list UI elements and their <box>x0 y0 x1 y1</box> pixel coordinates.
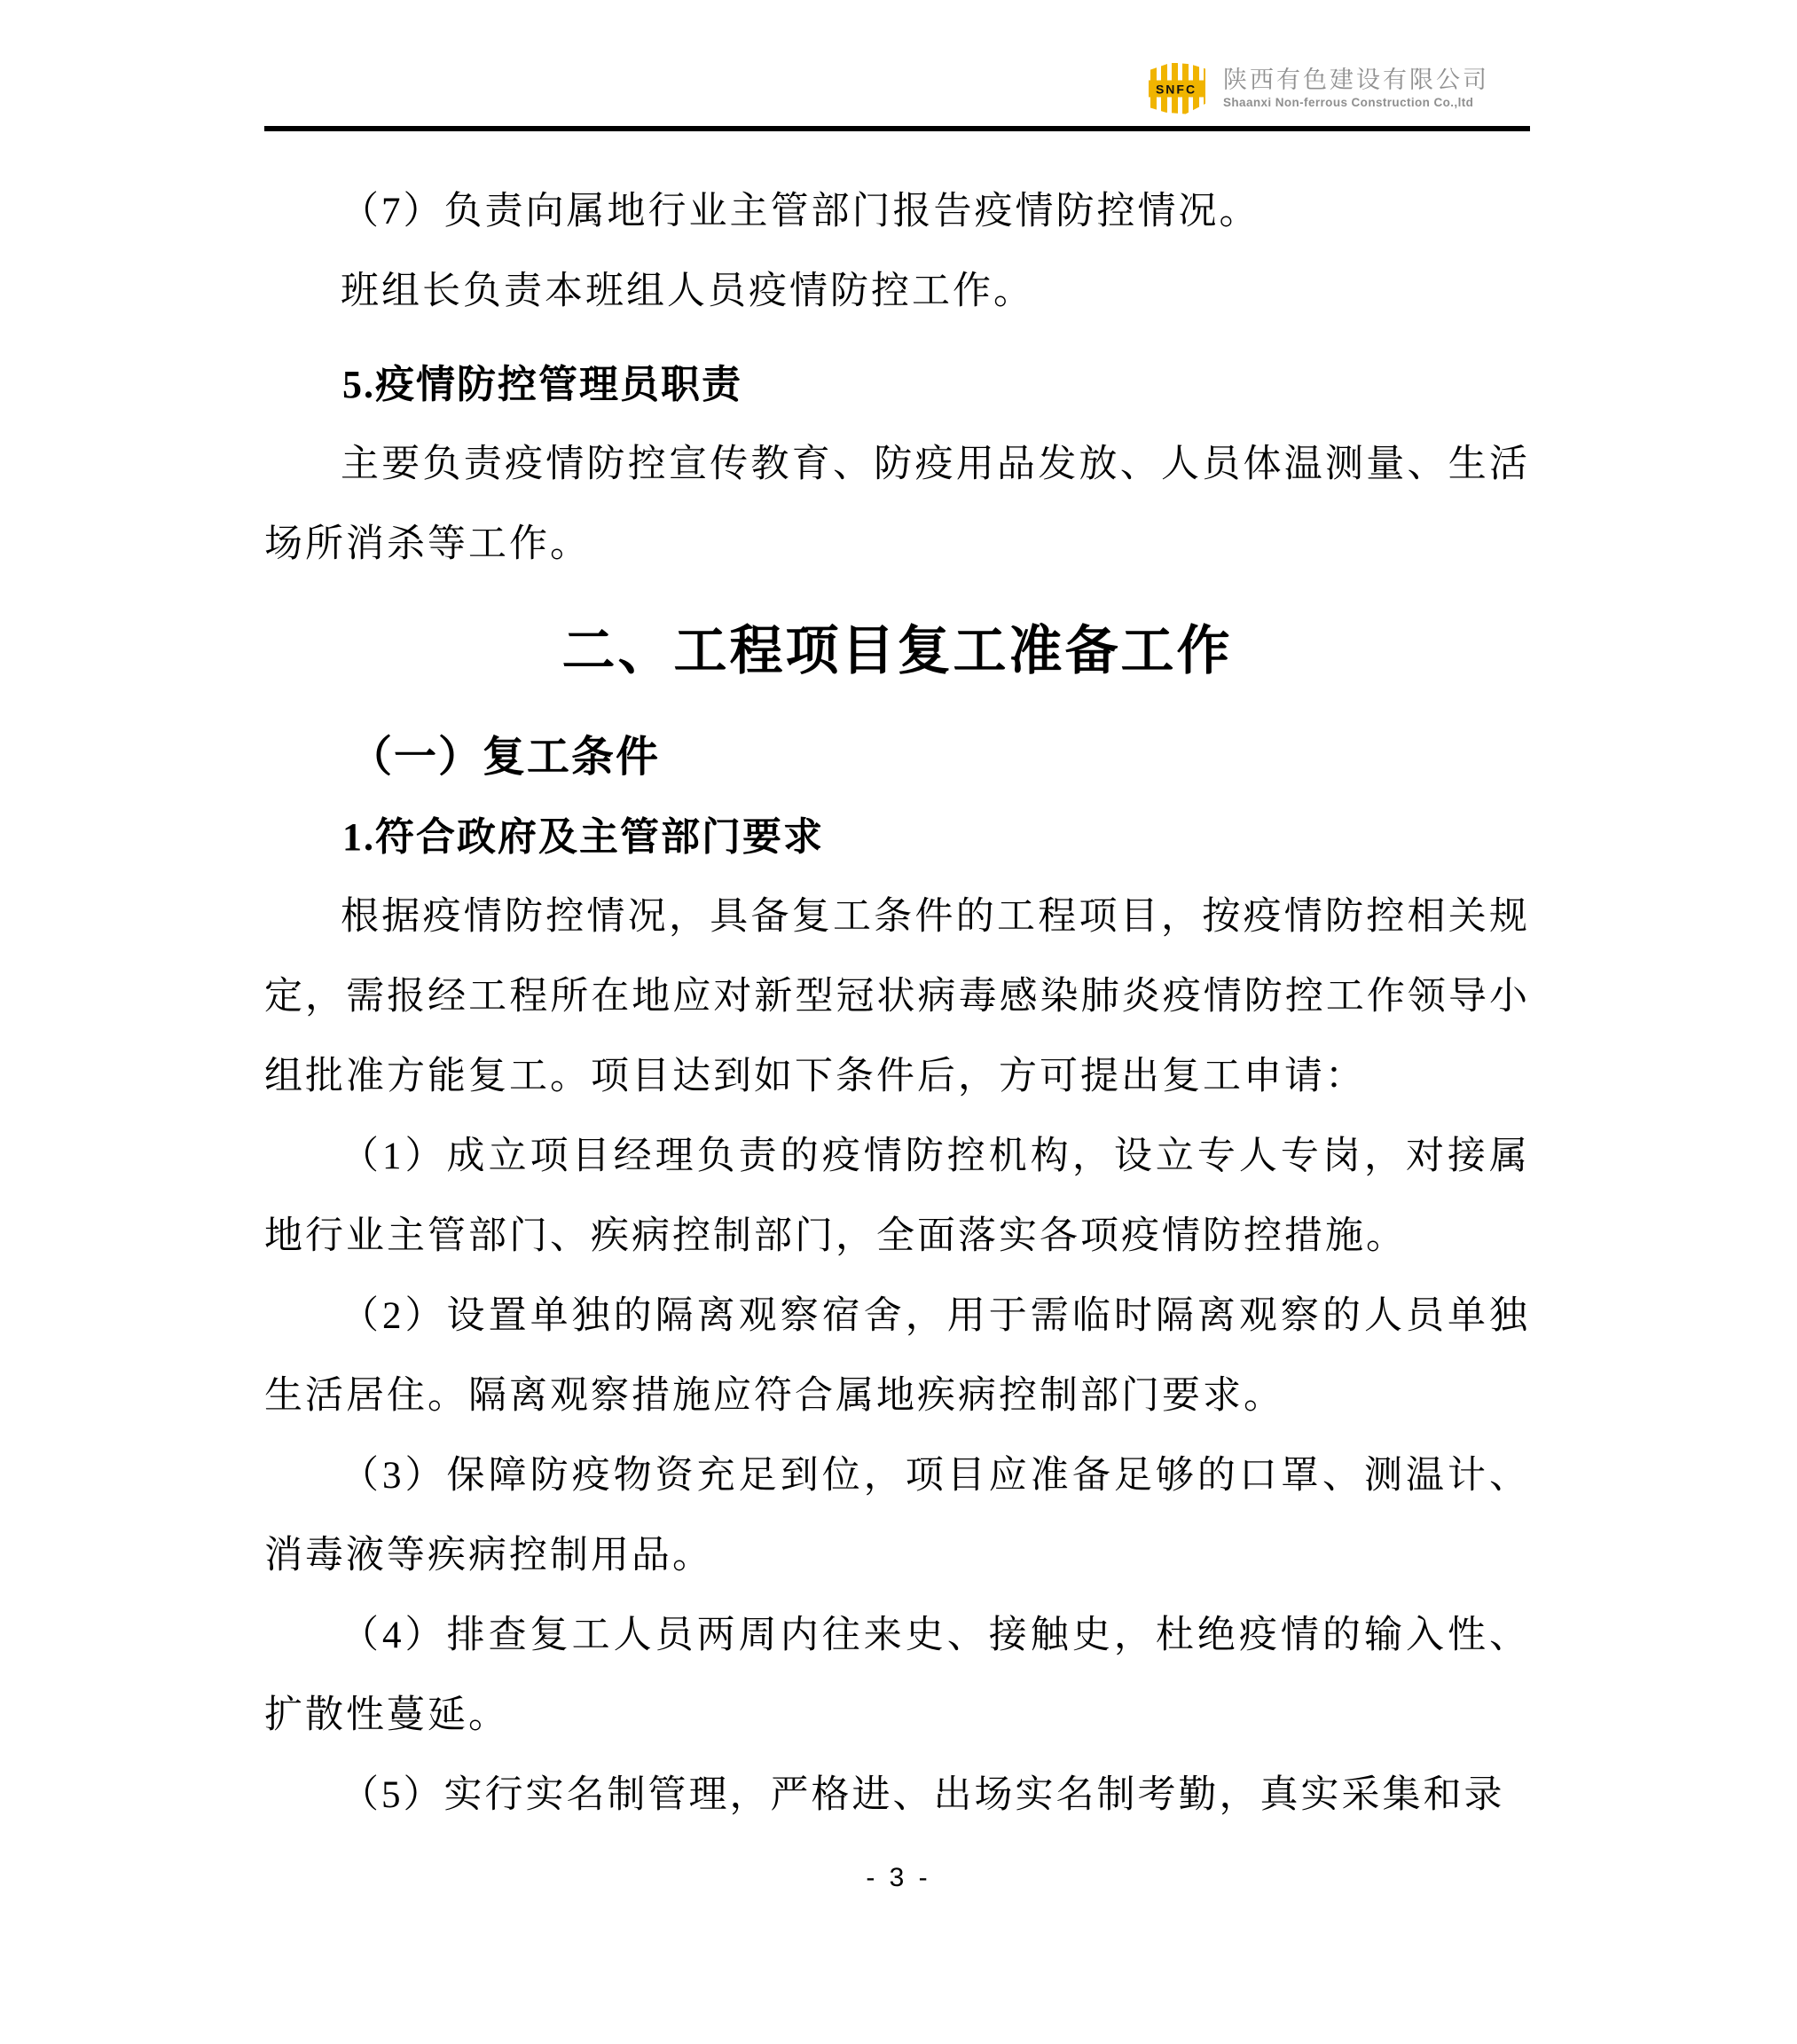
section-heading: 二、工程项目复工准备工作 <box>264 602 1530 700</box>
paragraph: （4）排查复工人员两周内往来史、接触史，杜绝疫情的输入性、扩散性蔓延。 <box>264 1596 1530 1756</box>
paragraph: （1）成立项目经理负责的疫情防控机构，设立专人专岗，对接属地行业主管部门、疾病控… <box>264 1117 1530 1277</box>
logo-abbr-text: SNFC <box>1149 80 1204 97</box>
paragraph: 班组长负责本班组人员疫情防控工作。 <box>264 252 1530 332</box>
paragraph: （2）设置单独的隔离观察宿舍，用于需临时隔离观察的人员单独生活居住。隔离观察措施… <box>264 1277 1530 1436</box>
snfc-logo-icon: SNFC <box>1150 63 1205 114</box>
company-name-zh: 陕西有色建设有限公司 <box>1223 67 1489 92</box>
paragraph: （7）负责向属地行业主管部门报告疫情防控情况。 <box>264 172 1530 252</box>
paragraph: （3）保障防疫物资充足到位，项目应准备足够的口罩、测温计、消毒液等疾病控制用品。 <box>264 1436 1530 1596</box>
paragraph: 主要负责疫情防控宣传教育、防疫用品发放、人员体温测量、生活场所消杀等工作。 <box>264 425 1530 585</box>
sub-heading: 1.符合政府及主管部门要求 <box>264 798 1530 877</box>
document-page: SNFC 陕西有色建设有限公司 Shaanxi Non-ferrous Cons… <box>0 0 1797 2044</box>
company-name-block: 陕西有色建设有限公司 Shaanxi Non-ferrous Construct… <box>1223 67 1489 108</box>
paragraph: 根据疫情防控情况，具备复工条件的工程项目，按疫情防控相关规定，需报经工程所在地应… <box>264 877 1530 1117</box>
page-number: - 3 - <box>0 1863 1797 1893</box>
document-body: （7）负责向属地行业主管部门报告疫情防控情况。 班组长负责本班组人员疫情防控工作… <box>264 131 1530 1836</box>
sub-section-heading: （一）复工条件 <box>264 718 1530 798</box>
company-logo: SNFC 陕西有色建设有限公司 Shaanxi Non-ferrous Cons… <box>1150 63 1530 114</box>
sub-heading: 5.疫情防控管理员职责 <box>264 345 1530 425</box>
paragraph: （5）实行实名制管理，严格进、出场实名制考勤，真实采集和录 <box>264 1756 1530 1836</box>
page-header: SNFC 陕西有色建设有限公司 Shaanxi Non-ferrous Cons… <box>264 0 1530 131</box>
company-name-en: Shaanxi Non-ferrous Construction Co.,ltd <box>1223 96 1489 109</box>
